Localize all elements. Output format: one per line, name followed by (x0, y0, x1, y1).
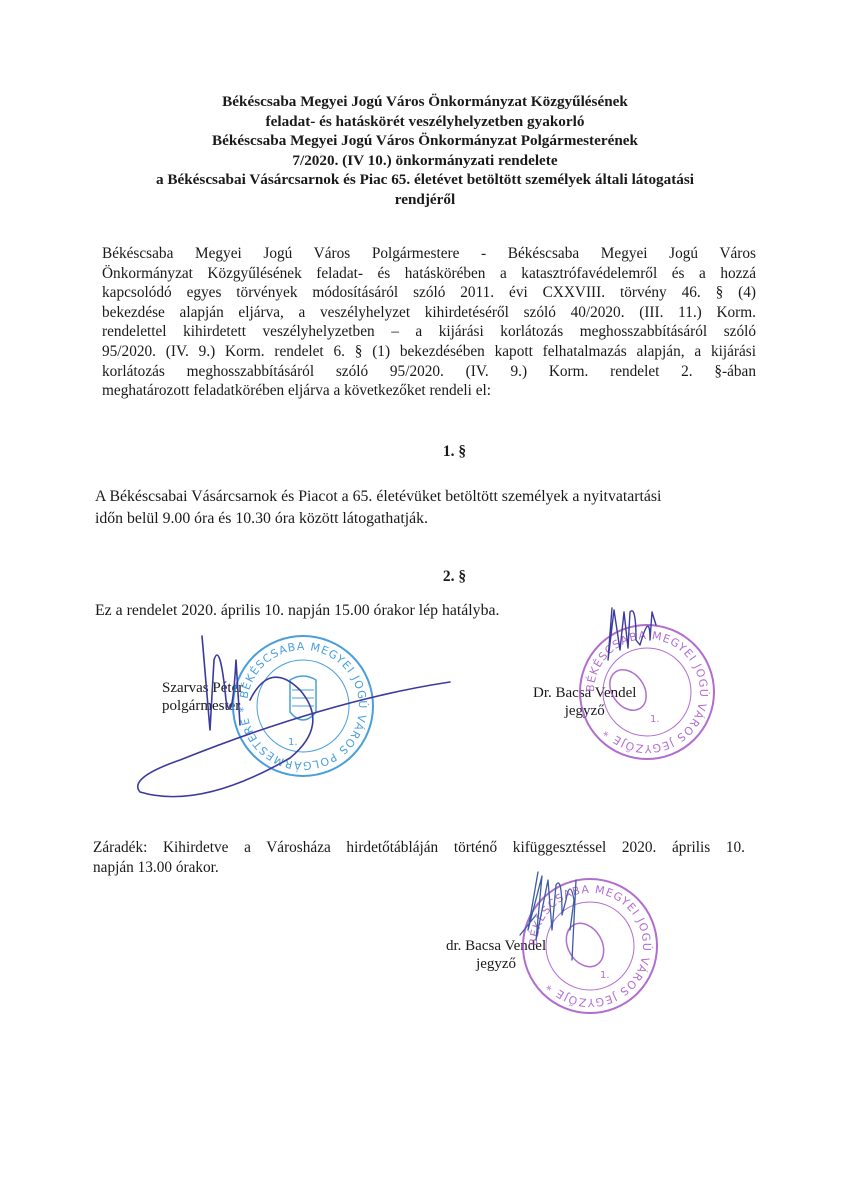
section-1-line: időn belül 9.00 óra és 10.30 óra között … (95, 508, 755, 530)
title-line: a Békéscsabai Vásárcsarnok és Piac 65. é… (90, 170, 760, 190)
clause-line: napján 13.00 órakor. (93, 858, 745, 878)
mayor-signature-block: Szarvas Péter polgármester (162, 679, 243, 715)
preamble-paragraph: Békéscsaba Megyei Jogú Város Polgármeste… (102, 244, 756, 401)
document-page: Békéscsaba Megyei Jogú Város Önkormányza… (0, 0, 849, 1200)
title-line: 7/2020. (IV 10.) önkormányzati rendelete (90, 151, 760, 171)
signatory-role: jegyző (533, 702, 636, 720)
section-1-text: A Békéscsabai Vásárcsarnok és Piacot a 6… (95, 486, 755, 530)
document-title: Békéscsaba Megyei Jogú Város Önkormányza… (90, 92, 760, 209)
mayor-handwritten-signature (138, 636, 450, 797)
clause-line: Záradék: Kihirdetve a Városháza hirdetőt… (93, 838, 745, 858)
notary-signature-block: Dr. Bacsa Vendel jegyző (533, 684, 636, 720)
section-2-heading: 2. § (30, 568, 849, 586)
section-2-text: Ez a rendelet 2020. április 10. napján 1… (95, 600, 499, 622)
preamble-line: bekezdése alapján eljárva, a veszélyhely… (102, 303, 756, 323)
publication-clause: Záradék: Kihirdetve a Városháza hirdetőt… (93, 838, 745, 877)
svg-text:1.: 1. (600, 970, 610, 981)
mayor-seal-stamp: BÉKÉSCSABA MEGYEI JOGÚ VÁROS POLGÁRMESTE… (233, 636, 373, 776)
stamp-text: BÉKÉSCSABA MEGYEI JOGÚ VÁROS POLGÁRMESTE… (237, 640, 369, 772)
section-1-line: A Békéscsabai Vásárcsarnok és Piacot a 6… (95, 486, 755, 508)
preamble-line: kapcsolódó egyes törvények módosításáról… (102, 283, 756, 303)
preamble-line: rendelettel kihirdetett veszélyhelyzetbe… (102, 322, 756, 342)
title-line: feladat- és hatáskörét veszélyhelyzetben… (90, 112, 760, 132)
notary-handwritten-signature (608, 608, 656, 660)
preamble-line: meghatározott feladatkörében eljárva a k… (102, 381, 756, 401)
preamble-line: korlátozás meghosszabbításáról szóló 95/… (102, 362, 756, 382)
signatory-role: polgármester (162, 697, 243, 715)
signatory-role: jegyző (446, 955, 546, 973)
section-2-line: Ez a rendelet 2020. április 10. napján 1… (95, 600, 499, 622)
section-1-heading: 1. § (30, 443, 849, 461)
svg-text:1.: 1. (650, 714, 660, 725)
preamble-line: Békéscsaba Megyei Jogú Város Polgármeste… (102, 244, 756, 264)
signatory-name: Dr. Bacsa Vendel (533, 684, 636, 702)
preamble-line: Önkormányzat Közgyűlésének feladat- és h… (102, 264, 756, 284)
title-line: Békéscsaba Megyei Jogú Város Önkormányza… (90, 92, 760, 112)
clause-signature-block: dr. Bacsa Vendel jegyző (446, 937, 546, 973)
svg-text:1.: 1. (288, 737, 298, 748)
signatory-name: Szarvas Péter (162, 679, 243, 697)
title-line: rendjéről (90, 190, 760, 210)
title-line: Békéscsaba Megyei Jogú Város Önkormányza… (90, 131, 760, 151)
signatory-name: dr. Bacsa Vendel (446, 937, 546, 955)
preamble-line: 95/2020. (IV. 9.) Korm. rendelet 6. § (1… (102, 342, 756, 362)
